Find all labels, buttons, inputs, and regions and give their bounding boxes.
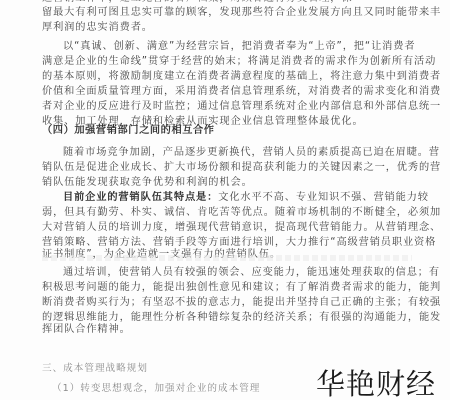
- watermark-logo-text: 华艳财经: [316, 362, 436, 400]
- section-4-heading: （四）加强营销部门之间的相互合作: [42, 124, 412, 138]
- faded-bleed-through: [42, 255, 412, 261]
- paragraph-1-line-2: 厚利润的忠实消费者。: [42, 21, 412, 35]
- paragraph-3-line-1: 随着市场竞争加剧，产品逐步更新换代，营销人员的素质提高已迫在眉睫。营: [63, 146, 412, 160]
- paragraph-5-line-3: 断消费者购买行为；有坚忍不拔的意志力，能提出并坚持自己正确的主张；有较强: [42, 296, 412, 310]
- paragraph-5-line-1: 通过培训，使营销人员有较强的领会、应变能力，能迅速处理获取的信息；有: [63, 266, 412, 280]
- paragraph-3-line-2: 销队伍是促进企业成长、扩大市场份额和提高获利能力的关键因素之一，优秀的营: [42, 161, 412, 175]
- paragraph-3-line-3: 销队伍能发现获取竞争优势和利润的机会。: [42, 176, 412, 190]
- paragraph-2-line-2: 满意是企业的生命线”贯穿于经营的始末；将满足消费者的需求作为创新所有活动: [42, 55, 412, 69]
- paragraph-4-line-1: 目前企业的营销队伍其特点是：文化水平不高、专业知识不强、营销能力较: [63, 191, 412, 205]
- paragraph-1-line-1: 留最大有利可图且忠实可靠的顾客，发现那些符合企业发展方向且又同时能带来丰: [42, 6, 412, 20]
- document-page: 运营销工作中，建立完善的客户档案，对顾客进行分类管理，保 留最大有利可图且忠实可…: [0, 0, 450, 400]
- paragraph-2-line-1: 以“真诚、创新、满意”为经营宗旨，把消费者奉为“上帝”，把“让消费者: [63, 40, 412, 54]
- paragraph-5-line-2: 积极思考问题的能力，能提出独创性意见和建议；有了解消费者需求的能力，能判: [42, 281, 412, 295]
- paragraph-4-first-rest: 文化水平不高、专业知识不强、营销能力较: [218, 192, 429, 203]
- paragraph-2-line-4: 价值和全面质量管理方面，采用消费者信息管理系统，对消费者的需求变化和消费: [42, 85, 412, 99]
- paragraph-4-line-2: 弱，但具有勤劳、朴实、诚信、肯吃苦等优点。随着市场机制的不断健全，必须加: [42, 206, 412, 220]
- paragraph-2-line-5: 者对企业的反应进行及时监控；通过信息管理系统对企业内部信息和外部信息统一: [42, 100, 412, 114]
- paragraph-4-lead: 目前企业的营销队伍其特点是：: [63, 192, 218, 203]
- paragraph-2-line-3: 的基本原则，将激励制度建立在消费者满意程度的基础上，将注意力集中到消费者: [42, 70, 412, 84]
- paragraph-5-line-5: 挥团队合作精神。: [42, 323, 412, 337]
- paragraph-4-line-3: 大对营销人员的培训力度，增强现代营销意识，提高现代营销能力。从营销理念、: [42, 221, 412, 235]
